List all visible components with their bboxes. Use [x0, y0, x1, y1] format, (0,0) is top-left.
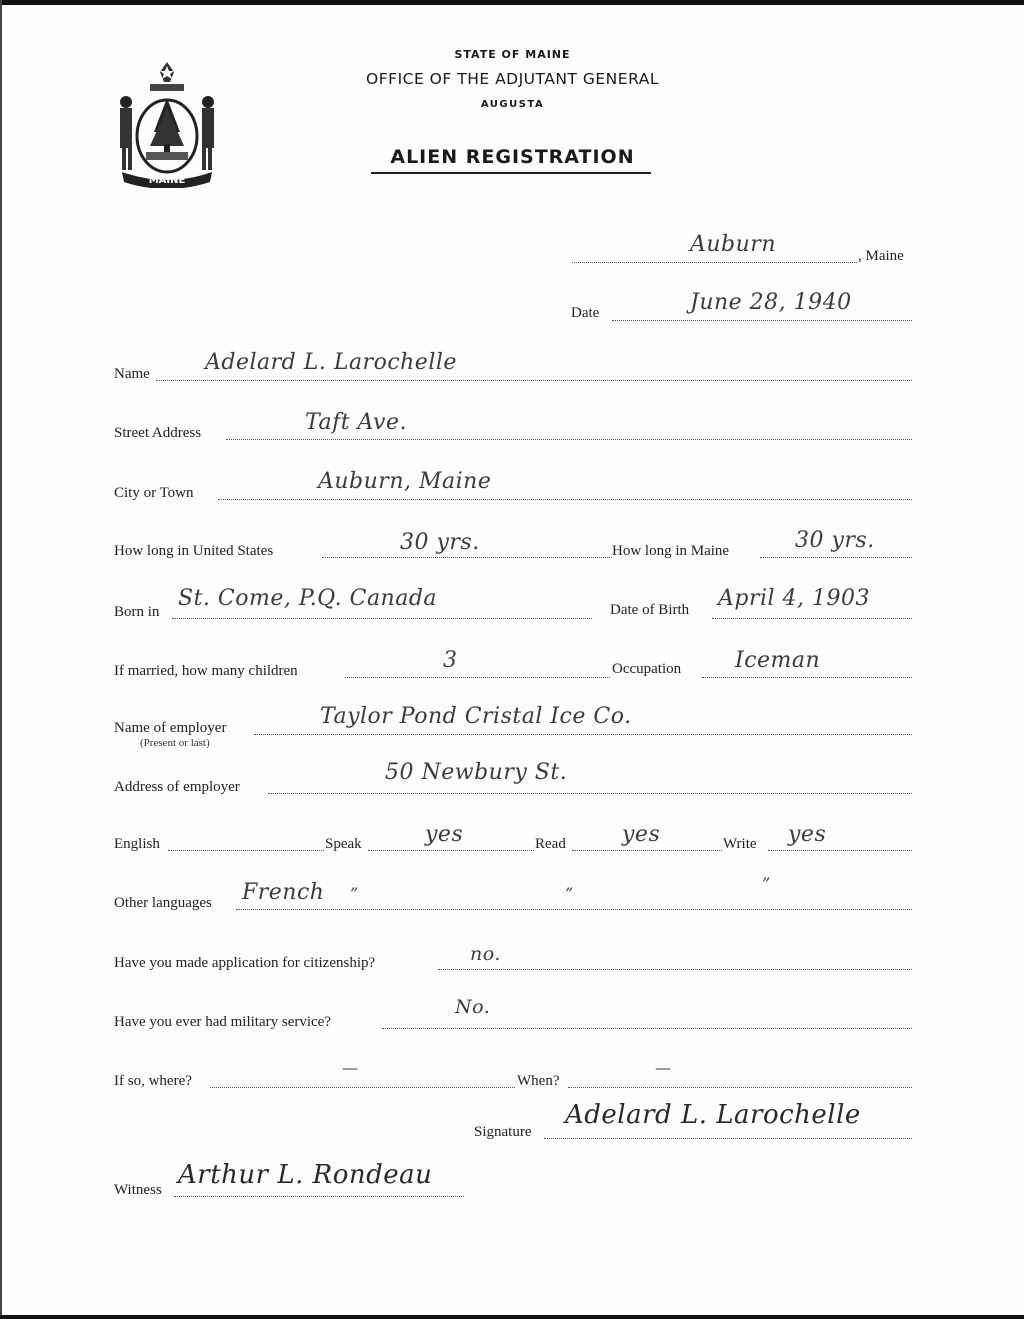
location-line — [572, 262, 857, 263]
employer-address-line — [268, 793, 912, 794]
where-label: If so, where? — [114, 1073, 192, 1090]
dob-value: April 4, 1903 — [718, 586, 870, 611]
employer-sublabel: (Present or last) — [140, 737, 210, 749]
born-in-value: St. Come, P.Q. Canada — [178, 586, 437, 611]
english-label: English — [114, 836, 160, 853]
ditto-mark: ” — [565, 884, 574, 903]
location-suffix: , Maine — [858, 248, 904, 265]
header-city: AUGUSTA — [340, 99, 685, 110]
other-languages-value: French — [242, 880, 324, 905]
employer-address-value: 50 Newbury St. — [385, 760, 567, 785]
header-office: OFFICE OF THE ADJUTANT GENERAL — [340, 70, 685, 88]
years-maine-line — [760, 557, 912, 558]
street-value: Taft Ave. — [305, 410, 407, 435]
date-value: June 28, 1940 — [690, 290, 852, 315]
employer-address-label: Address of employer — [114, 779, 240, 796]
signature-line — [544, 1138, 912, 1139]
children-value: 3 — [443, 648, 458, 673]
state-seal-icon: MAINE — [112, 60, 222, 188]
children-label: If married, how many children — [114, 663, 298, 680]
military-label: Have you ever had military service? — [114, 1014, 331, 1031]
signature-label: Signature — [474, 1124, 532, 1141]
other-languages-line — [236, 909, 912, 910]
occupation-label: Occupation — [612, 661, 681, 678]
occupation-line — [702, 677, 912, 678]
form-title: ALIEN REGISTRATION — [340, 146, 685, 168]
where-line — [210, 1087, 515, 1088]
name-label: Name — [114, 366, 150, 383]
svg-text:MAINE: MAINE — [149, 175, 186, 186]
read-label: Read — [535, 836, 566, 853]
when-line — [568, 1087, 912, 1088]
read-line — [572, 850, 722, 851]
date-label: Date — [571, 305, 599, 322]
dob-line — [712, 618, 912, 619]
military-line — [382, 1028, 912, 1029]
street-line — [226, 439, 912, 440]
when-label: When? — [517, 1073, 559, 1090]
employer-value: Taylor Pond Cristal Ice Co. — [320, 704, 632, 729]
children-line — [345, 677, 610, 678]
english-line — [168, 850, 324, 851]
city-line — [218, 499, 912, 500]
other-languages-label: Other languages — [114, 895, 212, 912]
header-state: STATE OF MAINE — [340, 48, 685, 61]
write-value: yes — [788, 822, 826, 847]
name-value: Adelard L. Larochelle — [205, 350, 457, 375]
write-label: Write — [723, 836, 757, 853]
ditto-mark: ” — [350, 884, 359, 903]
city-label: City or Town — [114, 485, 194, 502]
write-line — [768, 850, 912, 851]
citizenship-value: no. — [470, 943, 501, 965]
military-value: No. — [455, 996, 490, 1018]
city-value: Auburn, Maine — [318, 469, 491, 494]
scan-border-left — [0, 0, 2, 1319]
citizenship-line — [438, 969, 912, 970]
location-value: Auburn — [690, 232, 776, 257]
read-value: yes — [622, 822, 660, 847]
years-maine-label: How long in Maine — [612, 543, 729, 560]
witness-line — [174, 1196, 464, 1197]
years-us-label: How long in United States — [114, 543, 273, 560]
title-underline — [371, 172, 651, 174]
employer-line — [254, 734, 912, 735]
years-us-line — [322, 557, 612, 558]
speak-value: yes — [425, 822, 463, 847]
where-value: — — [342, 1058, 359, 1077]
signature-value: Adelard L. Larochelle — [565, 1100, 861, 1130]
name-line — [156, 380, 912, 381]
speak-line — [368, 850, 534, 851]
citizenship-label: Have you made application for citizenshi… — [114, 955, 375, 972]
years-us-value: 30 yrs. — [400, 530, 480, 555]
when-value: — — [655, 1058, 672, 1077]
street-label: Street Address — [114, 425, 201, 442]
occupation-value: Iceman — [735, 648, 820, 673]
born-in-label: Born in — [114, 604, 159, 621]
date-line — [612, 320, 912, 321]
dob-label: Date of Birth — [610, 602, 689, 619]
employer-label: Name of employer — [114, 720, 226, 737]
born-in-line — [172, 618, 592, 619]
speak-label: Speak — [325, 836, 362, 853]
scan-border-bottom — [0, 1315, 1024, 1319]
witness-value: Arthur L. Rondeau — [178, 1160, 432, 1190]
scan-border-top — [0, 0, 1024, 5]
ditto-mark: ” — [762, 874, 771, 893]
years-maine-value: 30 yrs. — [795, 528, 875, 553]
witness-label: Witness — [114, 1182, 162, 1199]
